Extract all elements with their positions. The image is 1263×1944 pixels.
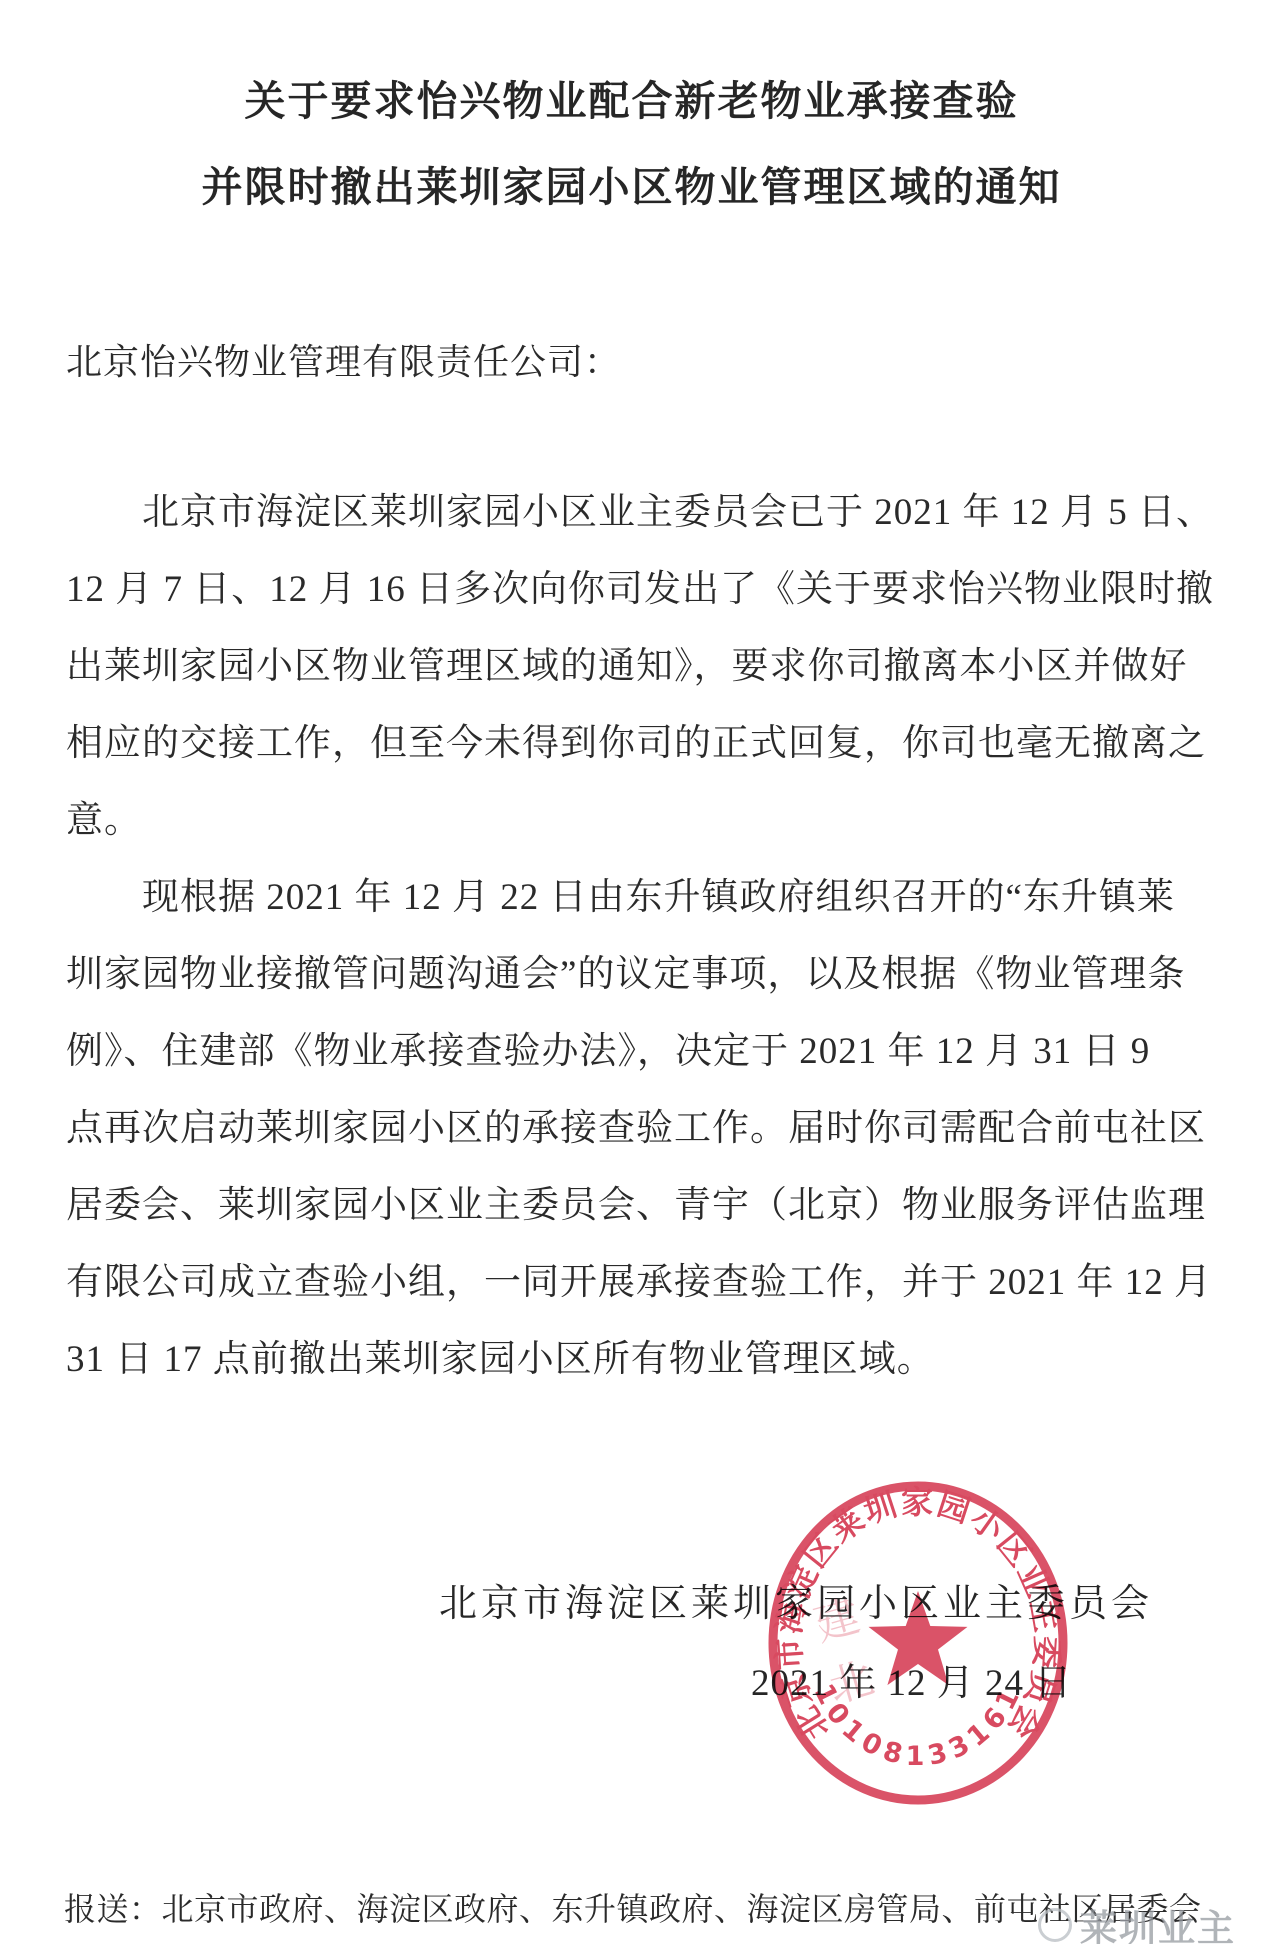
watermark-text: 莱圳业主: [1080, 1898, 1236, 1944]
official-seal-stamp: 北京市海淀区莱圳家园小区业主委员会 1101081331614 建 北: [758, 1473, 1078, 1813]
star-icon: [869, 1591, 968, 1685]
body-line: 居委会、莱圳家园小区业主委员会、青宇（北京）物业服务评估监理: [66, 1167, 1203, 1244]
body-line: 现根据 2021 年 12 月 22 日由东升镇政府组织召开的“东升镇莱: [66, 859, 1203, 936]
document-title-line2: 并限时撤出莱圳家园小区物业管理区域的通知: [0, 144, 1263, 230]
notice-document-page: 关于要求怡兴物业配合新老物业承接查验 并限时撤出莱圳家园小区物业管理区域的通知 …: [0, 0, 1263, 1944]
body-line: 相应的交接工作，但至今未得到你司的正式回复，你司也毫无撤离之: [66, 705, 1203, 782]
body-line: 12 月 7 日、12 月 16 日多次向你司发出了《关于要求怡兴物业限时撤: [66, 551, 1203, 628]
body-line: 例》、住建部《物业承接查验办法》，决定于 2021 年 12 月 31 日 9: [66, 1013, 1203, 1090]
salutation: 北京怡兴物业管理有限责任公司：: [66, 334, 1197, 385]
body-line: 点再次启动莱圳家园小区的承接查验工作。届时你司需配合前屯社区: [66, 1090, 1203, 1167]
body-text: 北京市海淀区莱圳家园小区业主委员会已于 2021 年 12 月 5 日、 12 …: [66, 474, 1203, 1398]
document-title-line1: 关于要求怡兴物业配合新老物业承接查验: [0, 58, 1263, 144]
body-line: 圳家园物业接撤管问题沟通会”的议定事项，以及根据《物业管理条: [66, 936, 1203, 1013]
body-line: 出莱圳家园小区物业管理区域的通知》，要求你司撤离本小区并做好: [66, 628, 1203, 705]
watermark-logo-icon: [1038, 1908, 1072, 1942]
body-line: 北京市海淀区莱圳家园小区业主委员会已于 2021 年 12 月 5 日、: [66, 474, 1203, 551]
body-line: 意。: [66, 782, 1203, 859]
body-line: 31 日 17 点前撤出莱圳家园小区所有物业管理区域。: [66, 1321, 1203, 1398]
watermark: 莱圳业主: [1038, 1898, 1236, 1944]
document-title: 关于要求怡兴物业配合新老物业承接查验 并限时撤出莱圳家园小区物业管理区域的通知: [0, 58, 1263, 230]
body-line: 有限公司成立查验小组，一同开展承接查验工作，并于 2021 年 12 月: [66, 1244, 1203, 1321]
seal-ghost-char: 建: [809, 1591, 865, 1650]
